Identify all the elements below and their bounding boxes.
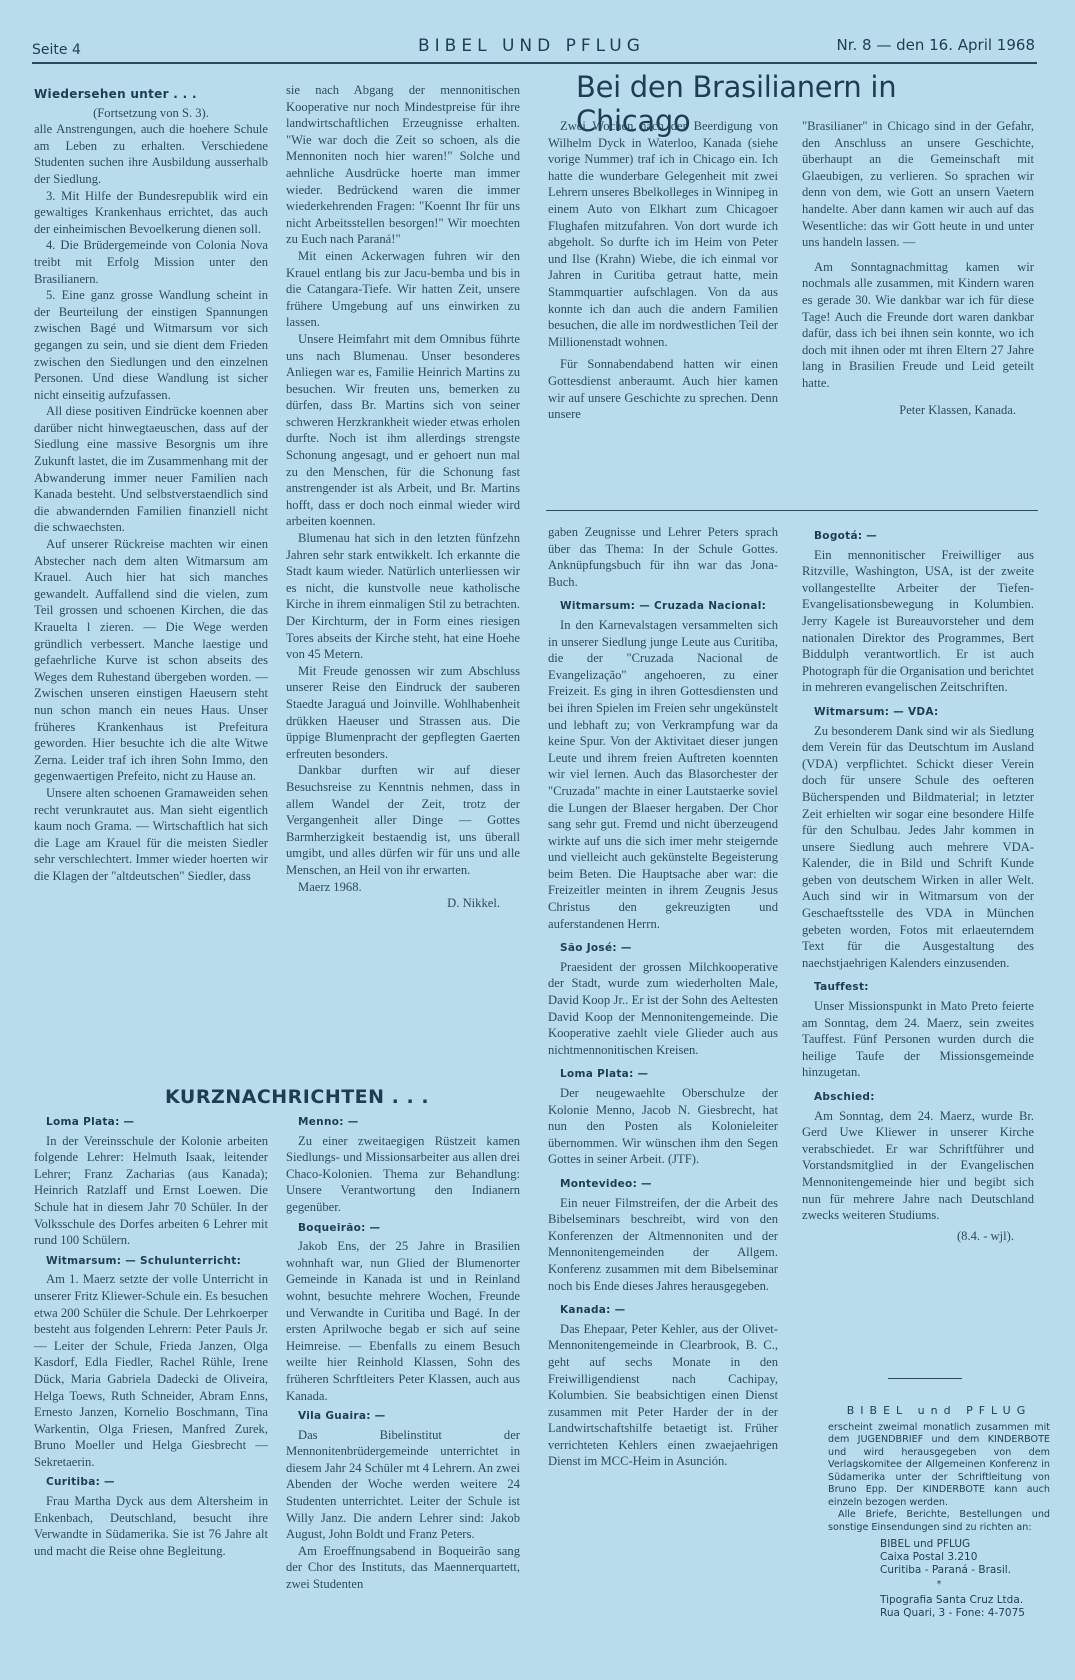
masthead-rule bbox=[32, 62, 1037, 64]
article-author: Peter Klassen, Kanada. bbox=[802, 402, 1034, 419]
news-heading: Abschied: bbox=[814, 1089, 1034, 1106]
news-heading: São José: — bbox=[560, 940, 778, 957]
section-divider bbox=[546, 510, 1038, 511]
news-heading: Montevideo: — bbox=[560, 1176, 778, 1193]
section-title-kurznachrichten: KURZNACHRICHTEN . . . bbox=[165, 1086, 429, 1108]
paragraph: Unsere Heimfahrt mit dem Omnibus führte … bbox=[286, 331, 520, 530]
news-heading: Menno: — bbox=[298, 1114, 520, 1131]
paragraph: 3. Mit Hilfe der Bundesrepublik wird ein… bbox=[34, 188, 268, 238]
news-heading: Bogotá: — bbox=[814, 528, 1034, 545]
imprint-title: BIBEL und PFLUG bbox=[828, 1405, 1050, 1418]
news-heading: Loma Plata: — bbox=[560, 1066, 778, 1083]
masthead: Seite 4 BIBEL UND PFLUG Nr. 8 — den 16. … bbox=[32, 36, 1035, 60]
printer-line: Rua Quari, 3 - Fone: 4-7075 bbox=[880, 1607, 1050, 1620]
news-text: Der neugewaehlte Oberschulze der Kolonie… bbox=[548, 1085, 778, 1168]
paragraph: Blumenau hat sich in den letzten fünfzeh… bbox=[286, 530, 520, 663]
paragraph: sie nach Abgang der mennonitischen Koope… bbox=[286, 82, 520, 248]
address-line: Curitiba - Paraná - Brasil. bbox=[880, 1564, 1050, 1577]
paragraph: Unsere alten schoenen Gramaweiden sehen … bbox=[34, 785, 268, 885]
imprint-text: erscheint zweimal monatlich zusammen mit… bbox=[828, 1422, 1050, 1510]
news-heading: Witmarsum: — Cruzada Nacional: bbox=[560, 598, 778, 615]
kurz-col4: Bogotá: — Ein mennonitischer Freiwillige… bbox=[802, 524, 1034, 1244]
news-heading: Tauffest: bbox=[814, 979, 1034, 996]
page-number: Seite 4 bbox=[32, 42, 81, 58]
imprint-text: Alle Briefe, Berichte, Bestellungen und … bbox=[828, 1509, 1050, 1534]
news-heading: Loma Plata: — bbox=[46, 1114, 268, 1131]
news-text: Zu besonderem Dank sind wir als Siedlung… bbox=[802, 723, 1034, 972]
star-separator: * bbox=[828, 1579, 1050, 1592]
paragraph: 4. Die Brüdergemeinde von Colonia Nova t… bbox=[34, 237, 268, 287]
news-heading: Kanada: — bbox=[560, 1302, 778, 1319]
paragraph: Zwei Wochen nach der Beerdigung von Wilh… bbox=[548, 118, 778, 350]
news-text: Ein mennonitischer Freiwilliger aus Ritz… bbox=[802, 547, 1034, 696]
imprint-printer: Tipografia Santa Cruz Ltda. Rua Quari, 3… bbox=[880, 1594, 1050, 1620]
news-text: In der Vereinsschule der Kolonie arbeite… bbox=[34, 1133, 268, 1249]
article-wiedersehen-col2: sie nach Abgang der mennonitischen Koope… bbox=[286, 82, 520, 912]
article-heading: Wiedersehen unter . . . bbox=[34, 86, 268, 103]
news-text: Am Sonntag, dem 24. Maerz, wurde Br. Ger… bbox=[802, 1108, 1034, 1224]
news-text: Am 1. Maerz setzte der volle Unterricht … bbox=[34, 1271, 268, 1470]
paragraph: Auf unserer Rückreise machten wir einen … bbox=[34, 536, 268, 785]
continued-note: (Fortsetzung von S. 3). bbox=[34, 105, 268, 122]
kurz-col2: Menno: — Zu einer zweitaegigen Rüstzeit … bbox=[286, 1110, 520, 1593]
paragraph: "Brasilianer" in Chicago sind in der Gef… bbox=[802, 118, 1034, 251]
address-line: BIBEL und PFLUG bbox=[880, 1538, 1050, 1551]
imprint-box: BIBEL und PFLUG erscheint zweimal monatl… bbox=[828, 1405, 1050, 1620]
issue-date: Nr. 8 — den 16. April 1968 bbox=[836, 36, 1035, 54]
article-wiedersehen-col1: Wiedersehen unter . . . (Fortsetzung von… bbox=[34, 82, 268, 885]
news-heading: Witmarsum: — VDA: bbox=[814, 704, 1034, 721]
news-heading: Witmarsum: — Schulunterricht: bbox=[46, 1253, 268, 1270]
news-heading: Curitiba: — bbox=[46, 1474, 268, 1491]
news-heading: Boqueirão: — bbox=[298, 1220, 520, 1237]
news-text: In den Karnevalstagen versammelten sich … bbox=[548, 617, 778, 932]
kurz-col1: Loma Plata: — In der Vereinsschule der K… bbox=[34, 1110, 268, 1559]
imprint-divider bbox=[888, 1378, 962, 1379]
news-heading: Vila Guaira: — bbox=[298, 1408, 520, 1425]
address-line: Caixa Postal 3.210 bbox=[880, 1551, 1050, 1564]
news-text: Das Ehepaar, Peter Kehler, aus der Olive… bbox=[548, 1321, 778, 1470]
paragraph: All diese positiven Eindrücke koennen ab… bbox=[34, 403, 268, 536]
paragraph: Dankbar durften wir auf dieser Besuchsre… bbox=[286, 762, 520, 878]
news-text: Frau Martha Dyck aus dem Altersheim in E… bbox=[34, 1493, 268, 1559]
article-author: D. Nikkel. bbox=[286, 895, 520, 912]
newspaper-title: BIBEL UND PFLUG bbox=[418, 36, 645, 56]
news-text: Zu einer zweitaegigen Rüstzeit kamen Sie… bbox=[286, 1133, 520, 1216]
article-chicago-col3: Zwei Wochen nach der Beerdigung von Wilh… bbox=[548, 118, 778, 423]
news-text: Jakob Ens, der 25 Jahre in Brasilien woh… bbox=[286, 1238, 520, 1404]
news-text: Praesident der grossen Milchkooperative … bbox=[548, 959, 778, 1059]
paragraph: alle Anstrengungen, auch die hoehere Sch… bbox=[34, 121, 268, 187]
article-chicago-col4: "Brasilianer" in Chicago sind in der Gef… bbox=[802, 118, 1034, 418]
kurz-col3: gaben Zeugnisse und Lehrer Peters sprach… bbox=[548, 524, 778, 1470]
signoff: (8.4. - wjl). bbox=[802, 1228, 1034, 1245]
paragraph: Am Sonntagnachmittag kamen wir nochmals … bbox=[802, 259, 1034, 392]
news-text: Am Eroeffnungsabend in Boqueirão sang de… bbox=[286, 1543, 520, 1593]
printer-line: Tipografia Santa Cruz Ltda. bbox=[880, 1594, 1050, 1607]
paragraph: Für Sonnabendabend hatten wir einen Gott… bbox=[548, 356, 778, 422]
imprint-address: BIBEL und PFLUG Caixa Postal 3.210 Curit… bbox=[880, 1538, 1050, 1577]
paragraph: Mit einen Ackerwagen fuhren wir den Krau… bbox=[286, 248, 520, 331]
article-date: Maerz 1968. bbox=[286, 879, 520, 896]
news-text: Unser Missionspunkt in Mato Preto feiert… bbox=[802, 998, 1034, 1081]
news-text: Das Bibelinstitut der Mennonitenbrüderge… bbox=[286, 1427, 520, 1543]
news-text: gaben Zeugnisse und Lehrer Peters sprach… bbox=[548, 524, 778, 590]
news-text: Ein neuer Filmstreifen, der die Arbeit d… bbox=[548, 1195, 778, 1295]
paragraph: Mit Freude genossen wir zum Abschluss un… bbox=[286, 663, 520, 763]
newspaper-page: Seite 4 BIBEL UND PFLUG Nr. 8 — den 16. … bbox=[0, 0, 1075, 1680]
paragraph: 5. Eine ganz grosse Wandlung scheint in … bbox=[34, 287, 268, 403]
